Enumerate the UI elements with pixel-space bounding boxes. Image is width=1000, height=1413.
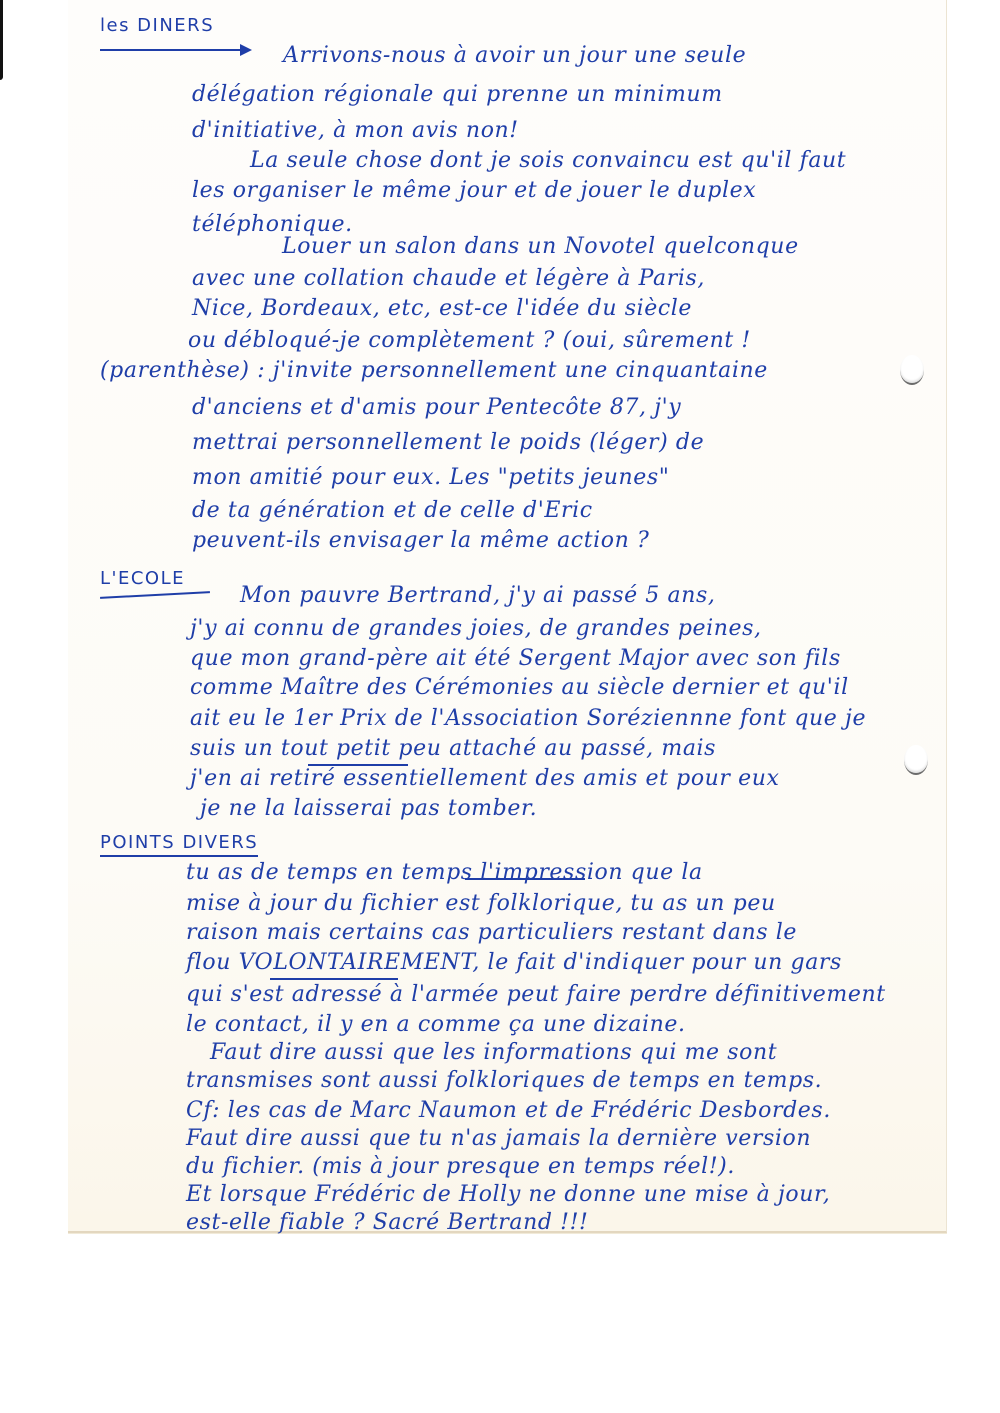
text-line: (parenthèse) : j'invite personnellement … — [100, 360, 768, 382]
text-line: du fichier. (mis à jour presque en temps… — [186, 1156, 735, 1178]
text-line: de ta génération et de celle d'Eric — [192, 500, 593, 522]
text-line: mettrai personnellement le poids (léger)… — [192, 432, 704, 454]
text-line: Nice, Bordeaux, etc, est-ce l'idée du si… — [192, 298, 692, 320]
scanned-page: les DINERS Arrivons-nous à avoir un jour… — [0, 0, 1000, 1413]
word-underline-impression — [465, 878, 585, 880]
arrow-icon — [100, 49, 240, 51]
text-line: Faut dire aussi que tu n'as jamais la de… — [186, 1128, 811, 1150]
phrase-underline — [308, 764, 408, 766]
text-line: Faut dire aussi que les informations qui… — [210, 1042, 777, 1064]
text-line: je ne la laisserai pas tomber. — [200, 798, 537, 820]
text-line: tu as de temps en temps l'impression que… — [186, 862, 703, 884]
text-line: comme Maître des Cérémonies au siècle de… — [190, 677, 849, 699]
punch-hole-top — [900, 355, 924, 385]
text-line: transmises sont aussi folkloriques de te… — [186, 1070, 822, 1092]
text-line: mon amitié pour eux. Les "petits jeunes" — [192, 467, 670, 489]
word-underline-volontairement — [270, 978, 398, 980]
text-line: Et lorsque Frédéric de Holly ne donne un… — [186, 1184, 830, 1206]
text-line: ait eu le 1er Prix de l'Association Soré… — [190, 708, 866, 730]
text-line: La seule chose dont je sois convaincu es… — [250, 150, 846, 172]
text-line: le contact, il y en a comme ça une dizai… — [186, 1014, 686, 1036]
text-line: raison mais certains cas particuliers re… — [186, 922, 797, 944]
text-line: les organiser le même jour et de jouer l… — [192, 180, 756, 202]
text-line: flou VOLONTAIREMENT, le fait d'indiquer … — [186, 952, 842, 974]
text-line: j'y ai connu de grandes joies, de grande… — [190, 618, 762, 640]
section-heading-points-divers: POINTS DIVERS — [100, 832, 258, 857]
text-line: Mon pauvre Bertrand, j'y ai passé 5 ans, — [240, 585, 715, 607]
text-line: avec une collation chaude et légère à Pa… — [192, 268, 705, 290]
text-line: qui s'est adressé à l'armée peut faire p… — [186, 984, 886, 1006]
text-line: Arrivons-nous à avoir un jour une seule — [283, 45, 746, 67]
text-line: téléphonique. — [192, 214, 353, 236]
section-heading-diners: les DINERS — [100, 15, 214, 36]
text-line: ou débloqué-je complètement ? (oui, sûre… — [188, 330, 751, 352]
text-line: que mon grand-père ait été Sergent Major… — [190, 648, 841, 670]
punch-hole-bottom — [904, 745, 928, 775]
text-line: est-elle fiable ? Sacré Bertrand !!! — [186, 1212, 589, 1234]
text-line: suis un tout petit peu attaché au passé,… — [190, 738, 716, 760]
text-line: d'anciens et d'amis pour Pentecôte 87, j… — [192, 397, 681, 419]
text-line: peuvent-ils envisager la même action ? — [192, 530, 649, 552]
section-heading-ecole: L'ECOLE — [100, 568, 185, 589]
text-line: Louer un salon dans un Novotel quelconqu… — [282, 236, 799, 258]
text-line: j'en ai retiré essentiellement des amis … — [190, 768, 780, 790]
scan-border — [0, 0, 3, 80]
text-line: mise à jour du fichier est folklorique, … — [186, 893, 776, 915]
text-line: d'initiative, à mon avis non! — [192, 120, 519, 142]
text-line: délégation régionale qui prenne un minim… — [192, 84, 723, 106]
text-line: Cf: les cas de Marc Naumon et de Frédéri… — [186, 1100, 831, 1122]
